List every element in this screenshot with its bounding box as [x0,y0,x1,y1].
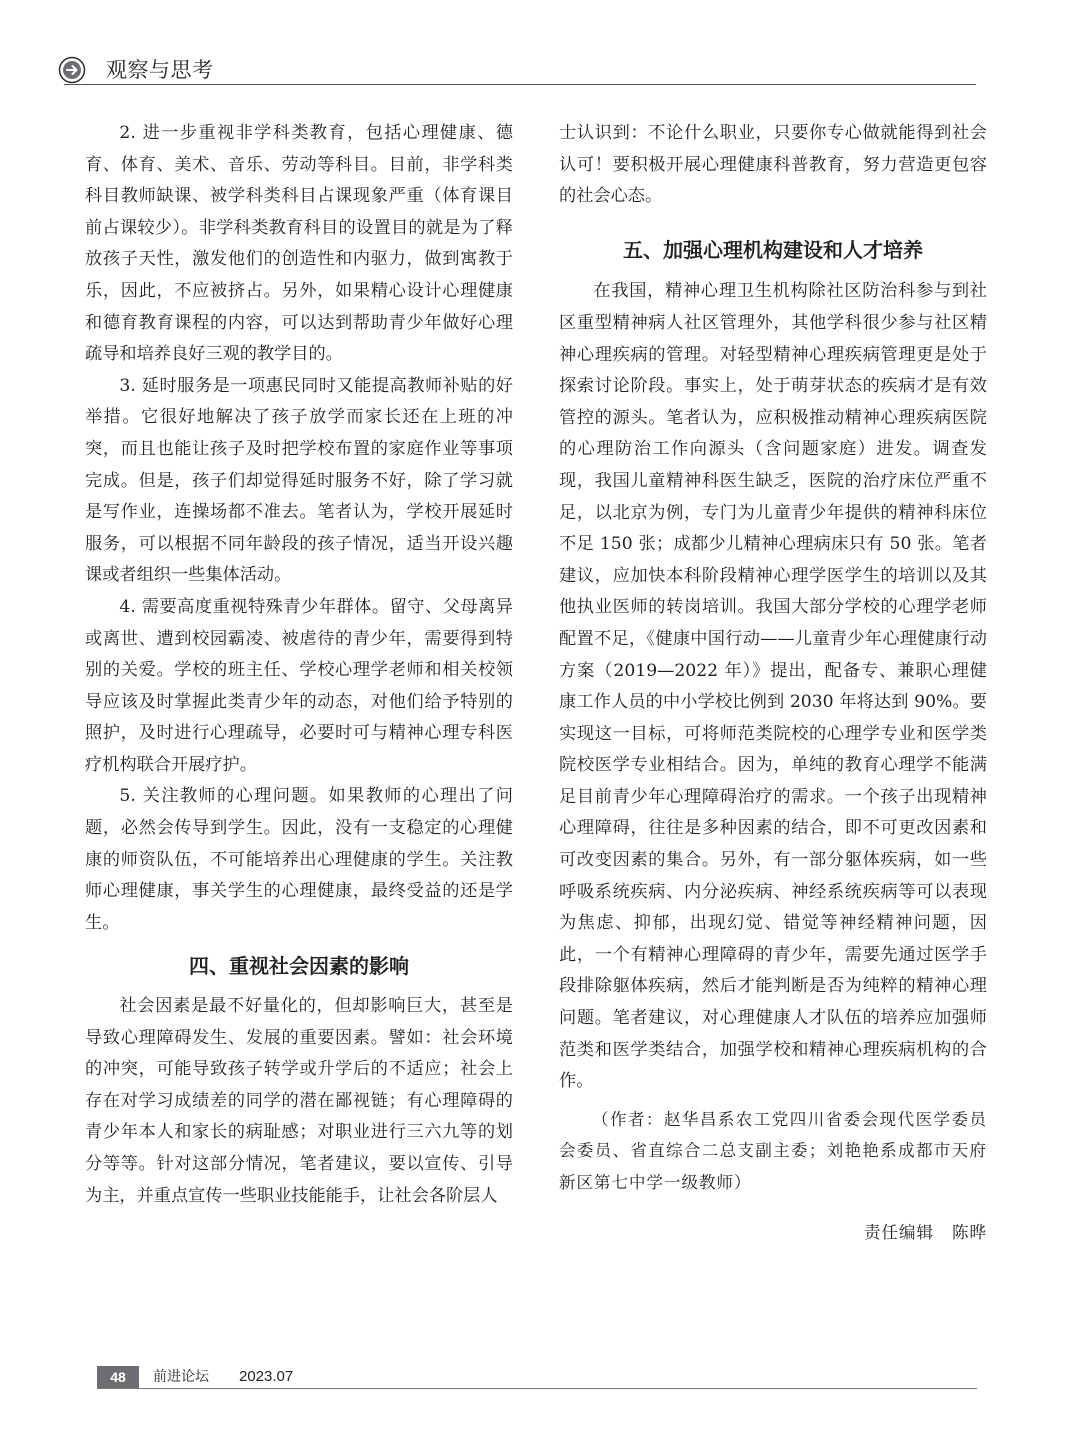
section-heading-4: 四、重视社会因素的影响 [85,951,513,983]
paragraph: 4. 需要高度重视特殊青少年群体。留守、父母离异或离世、遭到校园霸凌、被虐待的青… [85,592,513,782]
editor-label: 责任编辑 [864,1223,934,1242]
issue-date: 2023.07 [239,1366,293,1388]
left-column: 2. 进一步重视非学科类教育，包括心理健康、德育、体育、美术、音乐、劳动等科目。… [85,118,513,1212]
paragraph: 社会因素是最不好量化的，但却影响巨大，甚至是导致心理障碍发生、发展的重要因素。譬… [85,991,513,1212]
paragraph: 2. 进一步重视非学科类教育，包括心理健康、德育、体育、美术、音乐、劳动等科目。… [85,118,513,371]
page-number: 48 [97,1366,139,1388]
section-title: 观察与思考 [106,56,214,84]
paragraph: 在我国，精神心理卫生机构除社区防治科参与到社区重型精神病人社区管理外，其他学科很… [559,276,987,1097]
arrow-right-circle-icon [58,56,86,84]
editor-credit: 责任编辑陈晔 [559,1217,987,1249]
paragraph: 5. 关注教师的心理问题。如果教师的心理出了问题，必然会传导到学生。因此，没有一… [85,781,513,939]
page-header: 观察与思考 [56,54,976,86]
paragraph-continuation: 士认识到：不论什么职业，只要你专心做就能得到社会认可！要积极开展心理健康科普教育… [559,118,987,213]
right-column: 士认识到：不论什么职业，只要你专心做就能得到社会认可！要积极开展心理健康科普教育… [559,118,987,1248]
journal-name: 前进论坛 [153,1366,209,1388]
footer-divider [97,1388,977,1389]
editor-name: 陈晔 [952,1223,987,1242]
header-divider [64,84,976,85]
section-heading-5: 五、加强心理机构建设和人才培养 [559,235,987,267]
page-footer: 48 前进论坛 2023.07 [97,1366,977,1390]
author-note: （作者：赵华昌系农工党四川省委会现代医学委员会委员、省直综合二总支副主委；刘艳艳… [559,1104,987,1199]
paragraph: 3. 延时服务是一项惠民同时又能提高教师补贴的好举措。它很好地解决了孩子放学而家… [85,371,513,592]
